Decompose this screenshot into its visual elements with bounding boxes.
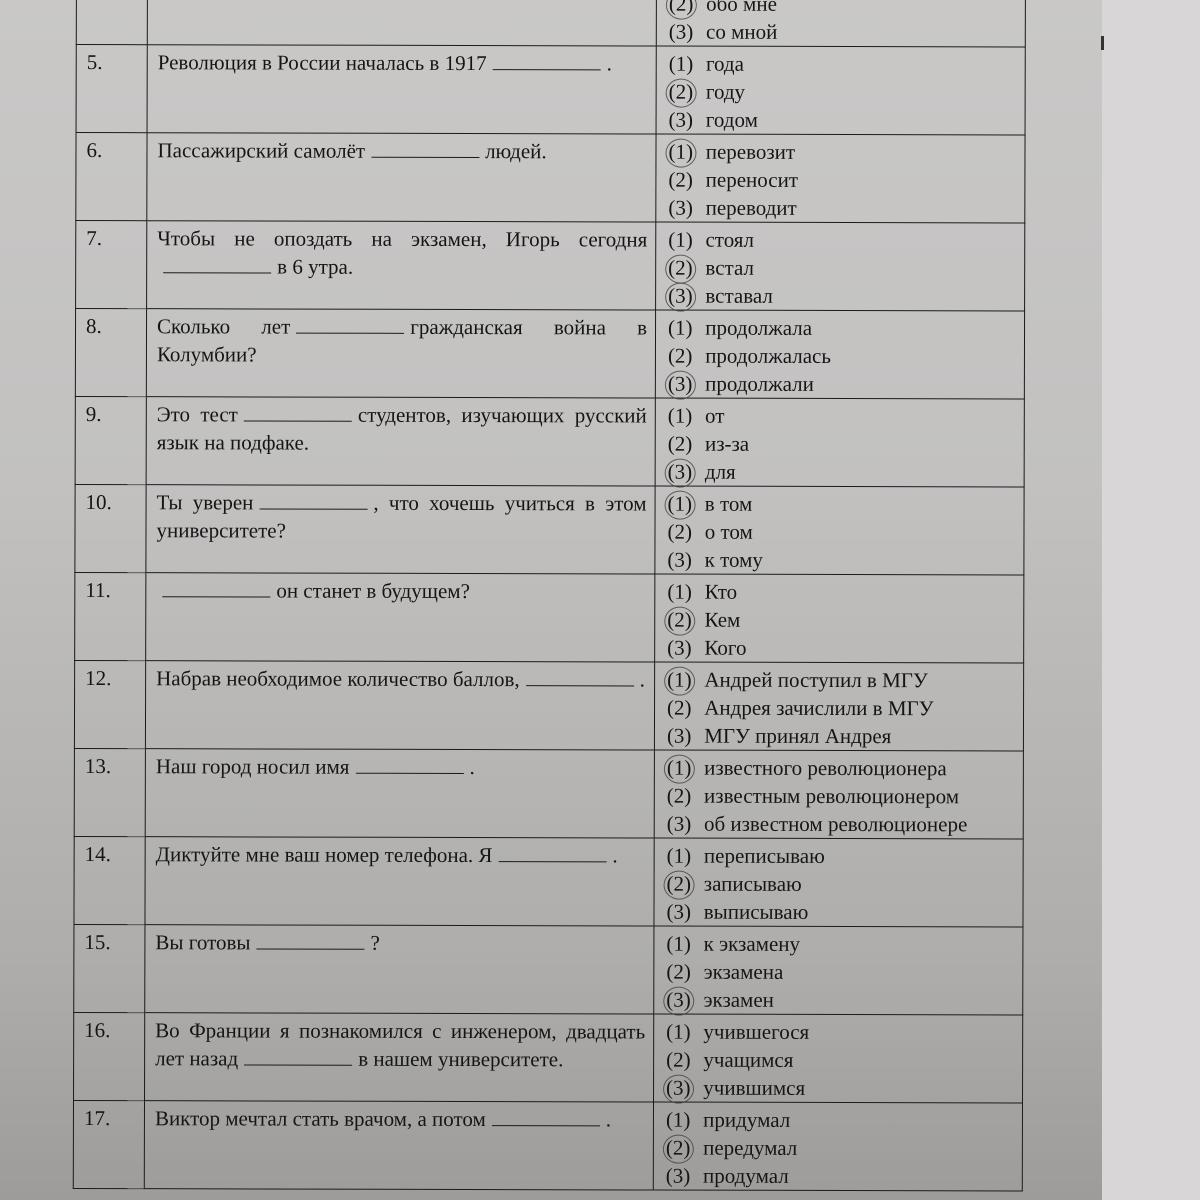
answer-options: (1) придумал(2) передумал(3) продумал [653,1102,1022,1191]
question-text-end: . [640,667,645,691]
answer-options: (1) к экзамену(2) экзамена(3) экзамен [654,926,1023,1015]
option-text: годом [701,108,758,132]
question-text: Сколько летгражданская война в Колумбии? [146,309,655,398]
option-text: переносит [700,168,798,192]
option-text: учащимся [698,1048,793,1072]
answer-blank [162,578,270,597]
answer-blank [244,402,352,421]
answer-blank [371,139,479,158]
option-marker: (1) [666,930,698,958]
question-text-start: Набрав необходимое количество баллов, [156,666,520,691]
question-row: 9. Это тестстудентов, изучающих русский … [75,396,1024,486]
question-row: 10. Ты уверен, что хочешь учиться в этом… [75,484,1024,574]
answer-blank [493,51,601,70]
option-marker: (3) [667,810,699,838]
answer-option: (1) от [668,402,1024,431]
option-marker: (3) [669,18,701,46]
answer-blank [163,254,271,273]
option-marker: (2) [666,1046,698,1074]
question-number: 8. [75,309,146,397]
option-text: Кого [699,636,746,660]
option-marker: (2) [667,694,699,722]
answer-option: (2) году [669,78,1025,107]
option-marker: (3) [668,194,700,222]
question-text: Набрав необходимое количество баллов,. [145,661,654,750]
circled-marker-icon: (2) [667,870,699,898]
question-row: 13. Наш город носил имя. (1) известного … [74,748,1023,838]
question-text: Во Франции я познакомился с инженером, д… [145,1013,654,1102]
question-text: Чтобы не опоздать на экзамен, Игорь сего… [147,221,656,310]
circled-marker-icon: (2) [669,0,701,18]
option-text: переписываю [699,844,825,868]
answer-option: (3) об известном революционере [667,810,1023,839]
option-text: со мной [701,20,778,44]
answer-option: (2) о том [667,518,1023,547]
answer-blank [526,667,634,686]
question-row: 17. Виктор мечтал стать врачом, а потом.… [73,1100,1022,1190]
answer-options: (1) переписываю(2) записываю(3) выписыва… [654,838,1023,927]
option-marker: (2) [667,782,699,810]
option-text: к тому [699,548,763,572]
answer-options: (1) от(2) из-за(3) для [655,398,1024,487]
option-text: записываю [699,872,802,896]
option-text: стоял [700,228,754,252]
answer-option: (1) стоял [668,226,1024,255]
question-text-end: в нашем университете. [358,1047,563,1072]
question-row: 14. Диктуйте мне ваш номер телефона. Я. … [74,836,1023,926]
question-number: 17. [73,1100,144,1188]
question-row: 15. Вы готовы? (1) к экзамену(2) экзамен… [74,924,1023,1014]
question-text: Ты уверен, что хочешь учиться в этом уни… [146,485,655,574]
option-text: для [700,460,736,484]
answer-option: (3) продумал [666,1162,1022,1191]
answer-options: (1) Андрей поступил в МГУ(2) Андрея зачи… [654,662,1023,751]
option-text: году [701,80,745,104]
question-number: 4. [76,0,147,45]
answer-options: (1) Кто(2) Кем(3) Кого [655,574,1024,663]
answer-option: (3) к тому [667,546,1023,575]
option-text: из-за [700,432,749,456]
question-text: Диктуйте мне ваш номер телефона. Я. [145,837,654,926]
option-text: к экзамену [698,932,800,956]
option-marker: (1) [668,226,700,254]
answer-option: (2) продолжалась [668,342,1024,371]
answer-options: (1) стоял(2) встал(3) вставал [656,222,1025,311]
question-row: 12. Набрав необходимое количество баллов… [74,660,1023,750]
option-text: придумал [698,1108,790,1132]
answer-option: (2) Андрея зачислили в МГУ [667,694,1023,723]
circled-marker-icon: (2) [668,254,700,282]
option-marker: (1) [668,314,700,342]
question-text-start: Диктуйте мне ваш номер телефона. Я [156,842,493,867]
question-text-end: . [612,843,617,867]
answer-blank [355,755,463,774]
answer-option: (1) переписываю [667,842,1023,871]
question-text-start: Это тест [157,402,238,426]
answer-option: (2) учащимся [666,1046,1022,1075]
answer-option: (3) выписываю [666,898,1022,927]
answer-blank [244,1046,352,1065]
question-text-start: Чтобы не опоздать на экзамен, Игорь сего… [157,226,647,251]
option-marker: (1) [666,1106,698,1134]
circled-marker-icon: (2) [667,606,699,634]
answer-options: (1) перевозит(2) переносит(3) переводит [656,134,1025,223]
question-row: 11. он станет в будущем? (1) Кто(2) Кем(… [75,572,1024,662]
option-text: экзамен [698,988,774,1012]
answer-option: (1) придумал [666,1106,1022,1135]
answer-blank [259,490,367,509]
option-text: о том [699,520,752,544]
answer-blank [257,930,365,949]
answer-option: (1) известного революционера [667,754,1023,783]
option-text: в том [700,492,753,516]
answer-blank [492,1107,600,1126]
question-text-end: он станет в будущем? [276,579,470,604]
option-marker: (2) [667,518,699,546]
question-text-start: Виктор мечтал стать врачом, а потом [155,1106,486,1131]
question-text: Вы готовы? [145,925,654,1014]
option-marker: (1) [667,578,699,606]
option-text: продолжалась [700,344,831,368]
option-text: года [701,52,744,76]
answer-option: (1) года [669,50,1025,79]
question-text-start: Вы готовы [155,930,250,954]
answer-option: (2) обо мне [669,0,1025,18]
desk-surface [1102,0,1200,1200]
option-text: МГУ принял Андрея [699,724,891,749]
staple-mark [1101,36,1104,50]
answer-option: (3) со мной [669,18,1025,47]
option-marker: (1) [666,1018,698,1046]
option-marker: (2) [668,342,700,370]
option-text: Андрей поступил в МГУ [699,668,928,693]
question-row: 16. Во Франции я познакомился с инженеро… [74,1012,1023,1102]
option-text: продолжали [700,372,814,396]
question-number: 5. [76,45,147,133]
circled-marker-icon: (1) [667,754,699,782]
answer-option: (2) встал [668,254,1024,283]
answer-option: (2) передумал [666,1134,1022,1163]
answer-option: (1) Андрей поступил в МГУ [667,666,1023,695]
answer-option: (2) экзамена [666,958,1022,987]
option-text: Андрея зачислили в МГУ [699,696,934,721]
circled-marker-icon: (1) [668,138,700,166]
answer-option: (1) Кто [667,578,1023,607]
answer-option: (1) перевозит [668,138,1024,167]
option-marker: (3) [667,546,699,574]
answer-option: (1) к экзамену [666,930,1022,959]
option-marker: (2) [666,958,698,986]
question-number: 14. [74,836,145,924]
circled-marker-icon: (3) [668,282,700,310]
answer-option: (1) в том [668,490,1024,519]
answer-option: (2) Кем [667,606,1023,635]
option-marker: (3) [667,634,699,662]
option-text: Кем [699,608,740,632]
question-number: 15. [74,924,145,1012]
question-text-end: . [469,755,474,779]
answer-option: (3) продолжали [668,370,1024,399]
question-text: Революция в России началась в 1917. [147,45,656,134]
option-marker: (3) [666,898,698,926]
option-marker: (1) [668,402,700,430]
question-number: 6. [76,133,147,221]
question-text: Виктор мечтал стать врачом, а потом. [144,1101,653,1190]
answer-option: (1) учившегося [666,1018,1022,1047]
option-text: учившимся [698,1076,805,1100]
question-row: 5. Революция в России началась в 1917. (… [76,45,1025,135]
answer-options: (1) продолжала(2) продолжалась(3) продол… [655,310,1024,399]
question-text-end: . [607,51,612,75]
answer-option: (3) Кого [667,634,1023,663]
circled-marker-icon: (3) [668,370,700,398]
option-marker: (1) [669,50,701,78]
question-text: Пассажирский самолётлюдей. [147,133,656,222]
question-text-end: в 6 утра. [277,255,353,279]
circled-marker-icon: (3) [668,458,700,486]
option-text: обо мне [701,0,777,16]
answer-option: (3) для [668,458,1024,487]
answer-option: (3) вставал [668,282,1024,311]
question-text-start: Революция в России началась в 1917 [158,50,487,75]
answer-option: (3) переводит [668,194,1024,223]
question-row: 4. Он немного подумал и согласился (1) (… [76,0,1025,47]
answer-option: (3) годом [669,106,1025,135]
option-text: Кто [699,580,737,604]
option-marker: (2) [668,430,700,458]
answer-blank [296,315,404,334]
option-marker: (3) [669,106,701,134]
question-number: 7. [76,221,147,309]
option-text: экзамена [698,960,783,984]
question-text-start: Ты уверен [157,490,254,514]
question-number: 16. [74,1012,145,1100]
option-text: встал [700,256,754,280]
answer-option: (2) из-за [668,430,1024,459]
answer-option: (2) известным революционером [667,782,1023,811]
question-text-end: ? [370,931,379,955]
option-marker: (2) [668,166,700,194]
circled-marker-icon: (2) [666,1134,698,1162]
question-text-start: Пассажирский самолёт [157,138,365,163]
answer-options: (1) в том(2) о том(3) к тому [655,486,1024,575]
option-text: перевозит [700,140,795,164]
option-text: переводит [700,196,796,220]
question-text-end: . [606,1107,611,1131]
option-text: вставал [700,284,773,308]
option-text: учившегося [698,1020,809,1044]
option-text: известного революционера [699,756,947,781]
answer-option: (2) переносит [668,166,1024,195]
question-number: 10. [75,484,146,572]
answer-options: (1) года(2) году(3) годом [656,46,1025,135]
circled-marker-icon: (1) [667,666,699,694]
circled-marker-icon: (3) [666,986,698,1014]
question-text: он станет в будущем? [146,573,655,662]
circled-marker-icon: (3) [666,1074,698,1102]
answer-option: (2) записываю [667,870,1023,899]
option-text: продолжала [700,316,812,340]
option-marker: (3) [667,722,699,750]
option-text: от [700,404,725,428]
option-text: известным революционером [699,784,959,809]
answer-options: (1) известного революционера(2) известны… [654,750,1023,839]
question-row: 7. Чтобы не опоздать на экзамен, Игорь с… [76,221,1025,311]
question-row: 6. Пассажирский самолётлюдей. (1) перево… [76,133,1025,223]
answer-option: (1) продолжала [668,314,1024,343]
question-text-start: Сколько лет [157,314,290,338]
question-text: Он немного подумал и согласился [147,0,656,46]
question-text: Наш город носил имя. [145,749,654,838]
option-text: об известном революционере [699,812,968,837]
option-marker: (3) [666,1162,698,1190]
option-text: передумал [698,1136,797,1160]
question-number: 12. [74,660,145,748]
circled-marker-icon: (2) [669,78,701,106]
test-table: 4. Он немного подумал и согласился (1) (… [73,0,1026,1191]
answer-option: (3) экзамен [666,986,1022,1015]
answer-option: (3) учившимся [666,1074,1022,1103]
option-text: выписываю [698,900,808,924]
question-row: 8. Сколько летгражданская война в Колумб… [75,309,1024,399]
question-text-end: людей. [485,139,547,163]
question-number: 13. [74,748,145,836]
question-number: 11. [75,572,146,660]
question-text-start: Наш город носил имя [156,754,350,779]
answer-options: (1) учившегося(2) учащимся(3) учившимся [654,1014,1023,1103]
answer-options: (1) (2) обо мне(3) со мной [656,0,1025,47]
question-text: Это тестстудентов, изучающих русский язы… [146,397,655,486]
question-number: 9. [75,396,146,484]
answer-blank [498,843,606,862]
answer-option: (3) МГУ принял Андрея [667,722,1023,751]
circled-marker-icon: (1) [668,490,700,518]
option-text: продумал [698,1164,789,1188]
option-marker: (1) [667,842,699,870]
